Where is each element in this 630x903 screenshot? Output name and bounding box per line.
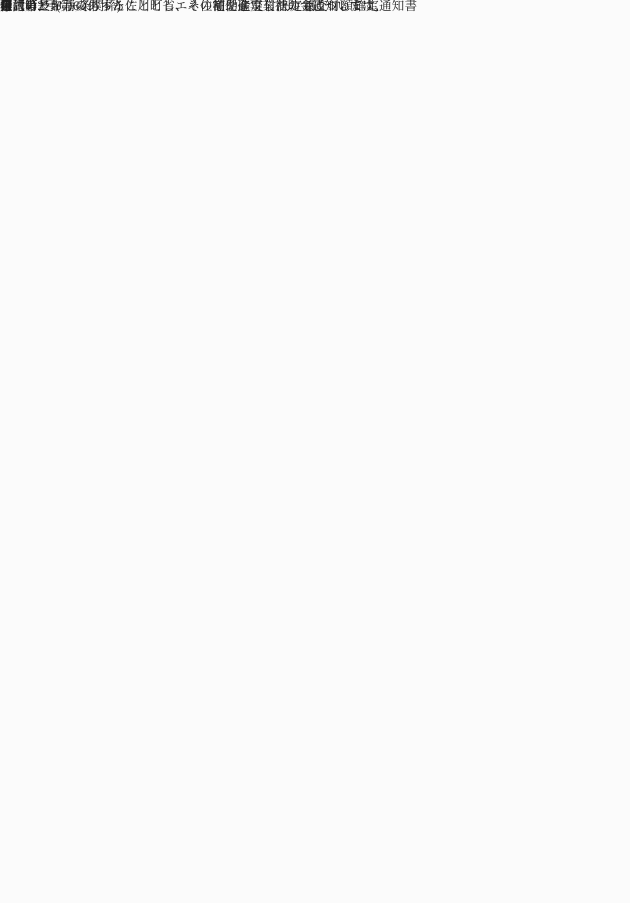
amount-suffix-en: 円 [0,0,13,13]
document-page: 様式第2号(第6条関係) 第 号 申請者 様 補助金交付決定兼交付額確定通知書 … [0,0,630,903]
section-marker-ki: 記 [0,0,630,13]
